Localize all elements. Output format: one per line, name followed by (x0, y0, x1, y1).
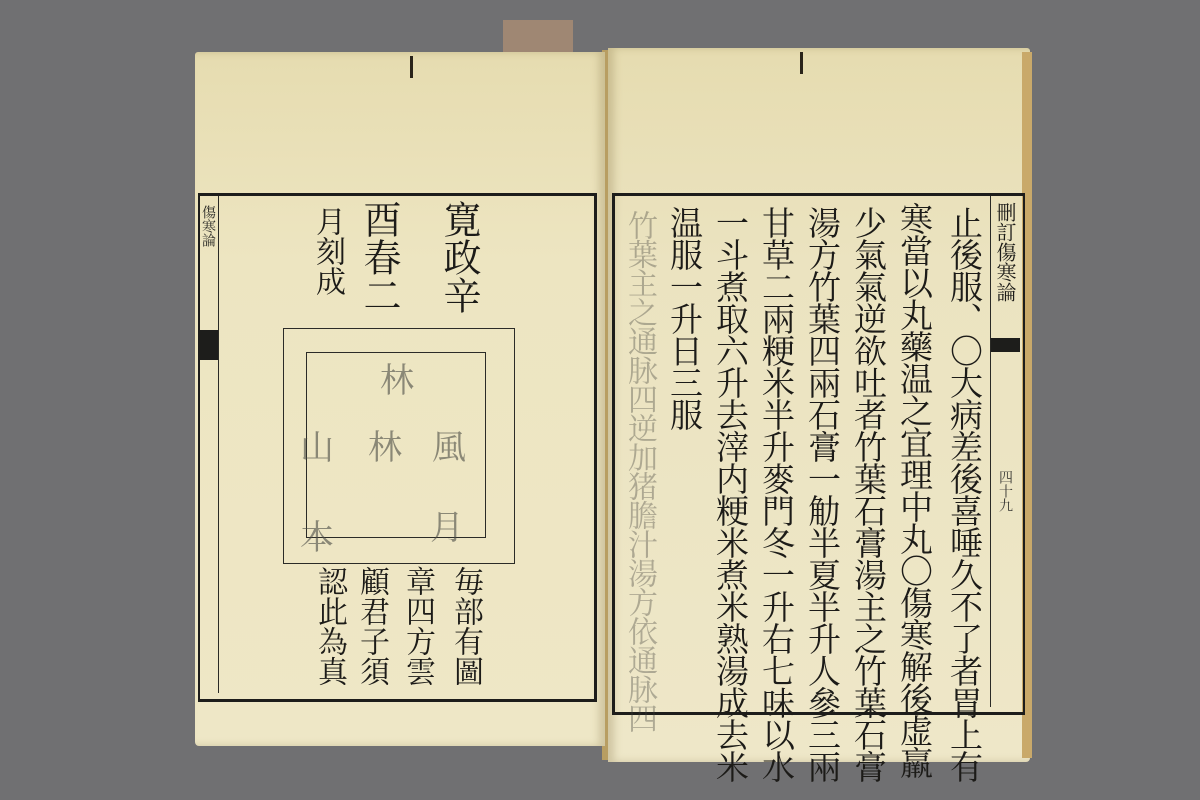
text-col-4: 湯方竹葉四兩石膏一觔半夏半升人參三兩 (806, 206, 839, 782)
top-notch-right (800, 52, 803, 74)
text-col-5: 甘草二兩粳米半升麥門冬一升右七味以水 (760, 206, 793, 782)
left-margin-column (200, 196, 219, 693)
right-margin-title: 刪訂傷寒論 (995, 202, 1015, 302)
notice-col-2: 章四方雲 (402, 566, 432, 686)
left-margin-label: 傷寒論 (201, 205, 215, 247)
stamp-char: 林 (368, 420, 402, 469)
text-col-2: 寒當以丸藥温之宜理中丸〇傷寒解後虚羸 (898, 202, 931, 778)
colophon-col-3: 月刻成 (312, 206, 342, 296)
stamp-char: 山 (300, 420, 334, 469)
stamp-char: 月 (430, 500, 464, 549)
notice-col-3: 顧君子須 (356, 566, 386, 686)
notice-col-1: 毎部有圖 (450, 566, 480, 686)
notice-col-4: 認此為真 (314, 566, 344, 686)
text-col-6: 一斗煮取六升去滓内粳米煮米熟湯成去米 (714, 206, 747, 782)
left-margin-fishtail (200, 330, 218, 360)
text-col-7: 温服一升日三服 (668, 206, 701, 430)
text-col-1: 止後服、〇大病差後喜唾久不了者胃上有 (948, 206, 981, 782)
text-col-3: 少氣氣逆欲吐者竹葉石膏湯主之竹葉石膏 (852, 206, 885, 782)
stamp-char: 本 (300, 510, 334, 559)
right-margin-fishtail (991, 338, 1020, 352)
top-notch-left (410, 56, 413, 78)
colophon-col-1: 寛政辛 (440, 200, 478, 314)
colophon-col-2: 酉春二 (360, 200, 398, 314)
stamp-char-top: 林 (380, 353, 414, 402)
stamp-char: 風 (432, 420, 466, 469)
right-margin-page-number: 四十九 (998, 470, 1012, 512)
show-through-text: 竹葉主之通脉四逆加猪膽汁湯方依通脉四 (624, 210, 654, 732)
